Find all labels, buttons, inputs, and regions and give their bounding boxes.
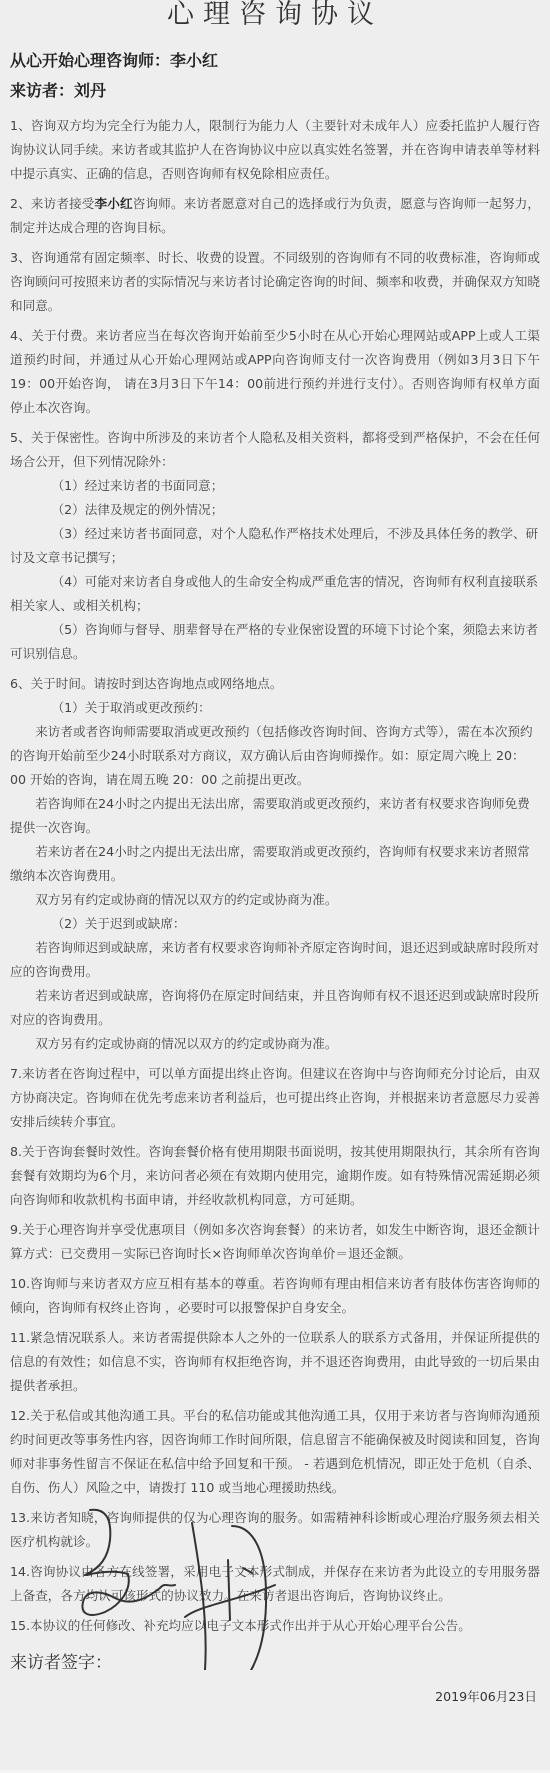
clause-12: 12.关于私信或其他沟通工具。平台的私信功能或其他沟通工具，仅用于来访者与咨询师… [10, 1404, 540, 1500]
page-title: 心理咨询协议 [0, 0, 550, 34]
clause-5-item: （2）法律及规定的例外情况； [10, 498, 540, 522]
clause-9: 9.关于心理咨询并享受优惠项目（例如多次咨询套餐）的来访者，如发生中断咨询，退还… [10, 1218, 540, 1266]
clause-7: 7.来访者在咨询过程中，可以单方面提出终止咨询。但建议在咨询中与咨询师充分讨论后… [10, 1062, 540, 1134]
clause-5-item: （4）可能对来访者自身或他人的生命安全构成严重危害的情况，咨询师有权利直接联系相… [10, 570, 540, 618]
clause-2: 2、来访者接受李小红咨询师。来访者愿意对自己的选择或行为负责，愿意与咨询师一起努… [10, 192, 540, 240]
clause-6: 6、关于时间。请按时到达咨询地点或网络地点。 （1）关于取消或更改预约： 来访者… [10, 672, 540, 1056]
clause-5-item: （5）咨询师与督导、朋辈督导在严格的专业保密设置的环境下讨论个案，须隐去来访者可… [10, 618, 540, 666]
clause-3: 3、咨询通常有固定频率、时长、收费的设置。不同级别的咨询师有不同的收费标准，咨询… [10, 246, 540, 318]
clause-2-pre: 2、来访者接受 [10, 196, 95, 211]
clause-1: 1、咨询双方均为完全行为能力人，限制行为能力人（主要针对未成年人）应委托监护人履… [10, 114, 540, 186]
clause-6-sub1-title: （1）关于取消或更改预约： [10, 696, 540, 720]
counselor-name: 从心开始心理咨询师：李小红 [10, 46, 550, 76]
clause-6-sub2-para: 若来访者迟到或缺席，咨询将仍在原定时间结束，并且咨询师有权不退还迟到或缺席时段所… [10, 984, 540, 1032]
clause-6-sub1-para: 若咨询师在24小时之内提出无法出席，需要取消或更改预约，来访者有权要求咨询师免费… [10, 792, 540, 840]
clause-6-sub2-para: 双方另有约定或协商的情况以双方的约定或协商为准。 [10, 1032, 540, 1056]
visitor-name: 来访者：刘丹 [10, 76, 550, 106]
clause-4: 4、关于付费。来访者应当在每次咨询开始前至少5小时在从心开始心理网站或APP上或… [10, 324, 540, 420]
clause-11: 11.紧急情况联系人。来访者需提供除本人之外的一位联系人的联系方式备用，并保证所… [10, 1326, 540, 1398]
clause-5-intro: 5、关于保密性。咨询中所涉及的来访者个人隐私及相关资料，都将受到严格保护，不会在… [10, 426, 540, 474]
clause-6-sub2-title: （2）关于迟到或缺席： [10, 912, 540, 936]
clause-10: 10.咨询师与来访者双方应互相有基本的尊重。若咨询师有理由相信来访者有肢体伤害咨… [10, 1272, 540, 1320]
clause-5-item: （1）经过来访者的书面同意； [10, 474, 540, 498]
clause-6-sub1-para: 来访者或者咨询师需要取消或更改预约（包括修改咨询时间、咨询方式等），需在本次预约… [10, 720, 540, 792]
clause-6-intro: 6、关于时间。请按时到达咨询地点或网络地点。 [10, 672, 540, 696]
clause-6-sub1-para: 双方另有约定或协商的情况以双方的约定或协商为准。 [10, 888, 540, 912]
counselor-name-inline: 李小红 [95, 196, 133, 211]
agreement-body: 1、咨询双方均为完全行为能力人，限制行为能力人（主要针对未成年人）应委托监护人履… [0, 114, 550, 1638]
handwritten-signature [60, 1490, 320, 1670]
signature-date: 2019年06月23日 [435, 1686, 537, 1705]
clause-8: 8.关于咨询套餐时效性。咨询套餐价格有使用期限书面说明，按其使用期限执行，其余所… [10, 1140, 540, 1212]
clause-6-sub1-para: 若来访者在24小时之内提出无法出席，需要取消或更改预约，咨询师有权要求来访者照常… [10, 840, 540, 888]
clause-5: 5、关于保密性。咨询中所涉及的来访者个人隐私及相关资料，都将受到严格保护，不会在… [10, 426, 540, 666]
clause-5-item: （3）经过来访者书面同意，对个人隐私作严格技术处理后，不涉及具体任务的教学、研讨… [10, 522, 540, 570]
clause-6-sub2-para: 若咨询师迟到或缺席，来访者有权要求咨询师补齐原定咨询时间，退还迟到或缺席时段所对… [10, 936, 540, 984]
